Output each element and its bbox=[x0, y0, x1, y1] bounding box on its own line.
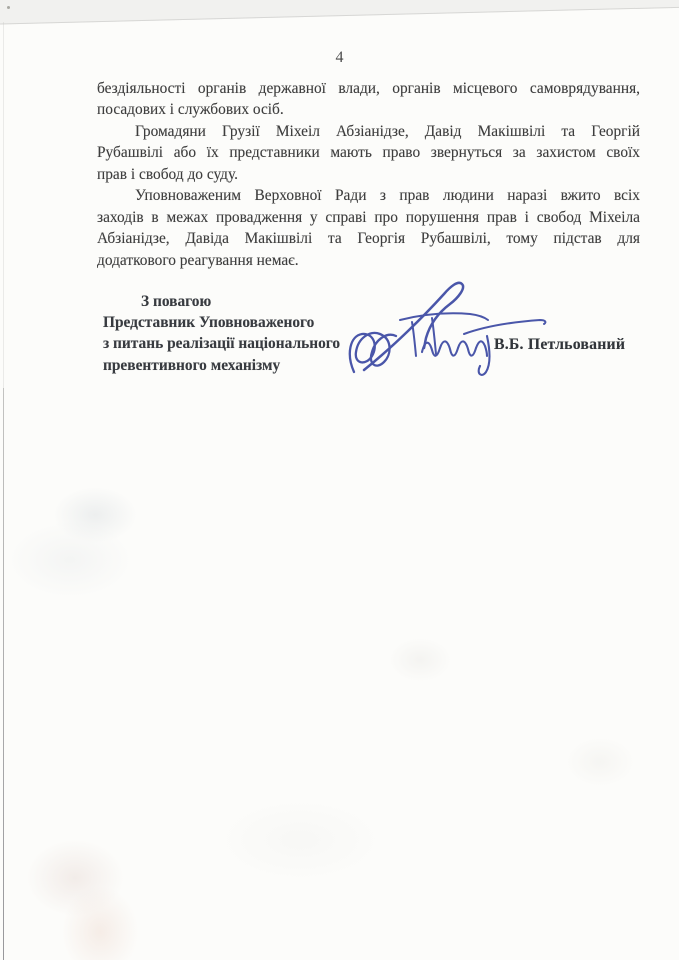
text-line: додаткового реагування немає. bbox=[97, 250, 640, 271]
text-line: Громадяни Грузії Міхеіл Абзіанідзе, Даві… bbox=[97, 121, 640, 142]
signature-ink bbox=[344, 276, 554, 378]
text-line: Уповноваженим Верховної Ради з прав люди… bbox=[97, 185, 640, 206]
scan-speck bbox=[7, 6, 10, 9]
handwritten-signature bbox=[344, 276, 554, 378]
scan-left-edge-lower bbox=[3, 388, 4, 960]
text-line: прав і свобод до суду. bbox=[97, 164, 640, 185]
text-line: Абзіанідзе, Давіда Макішвілі та Георгія … bbox=[97, 228, 640, 249]
text-line: Рубашвілі або їх представники мають прав… bbox=[97, 142, 640, 163]
scan-left-edge-upper bbox=[3, 22, 4, 388]
paper-top-edge bbox=[0, 0, 679, 25]
signer-name: В.Б. Петльований bbox=[494, 336, 625, 354]
text-line: посадових і службових осіб. bbox=[97, 99, 640, 120]
page-number: 4 bbox=[0, 49, 679, 67]
text-line: бездіяльності органів державної влади, о… bbox=[97, 78, 640, 99]
scanned-page: 4 бездіяльності органів державної влади,… bbox=[0, 0, 679, 960]
letter-body: бездіяльності органів державної влади, о… bbox=[97, 78, 640, 271]
text-line: заходів в межах провадження у справі про… bbox=[97, 207, 640, 228]
